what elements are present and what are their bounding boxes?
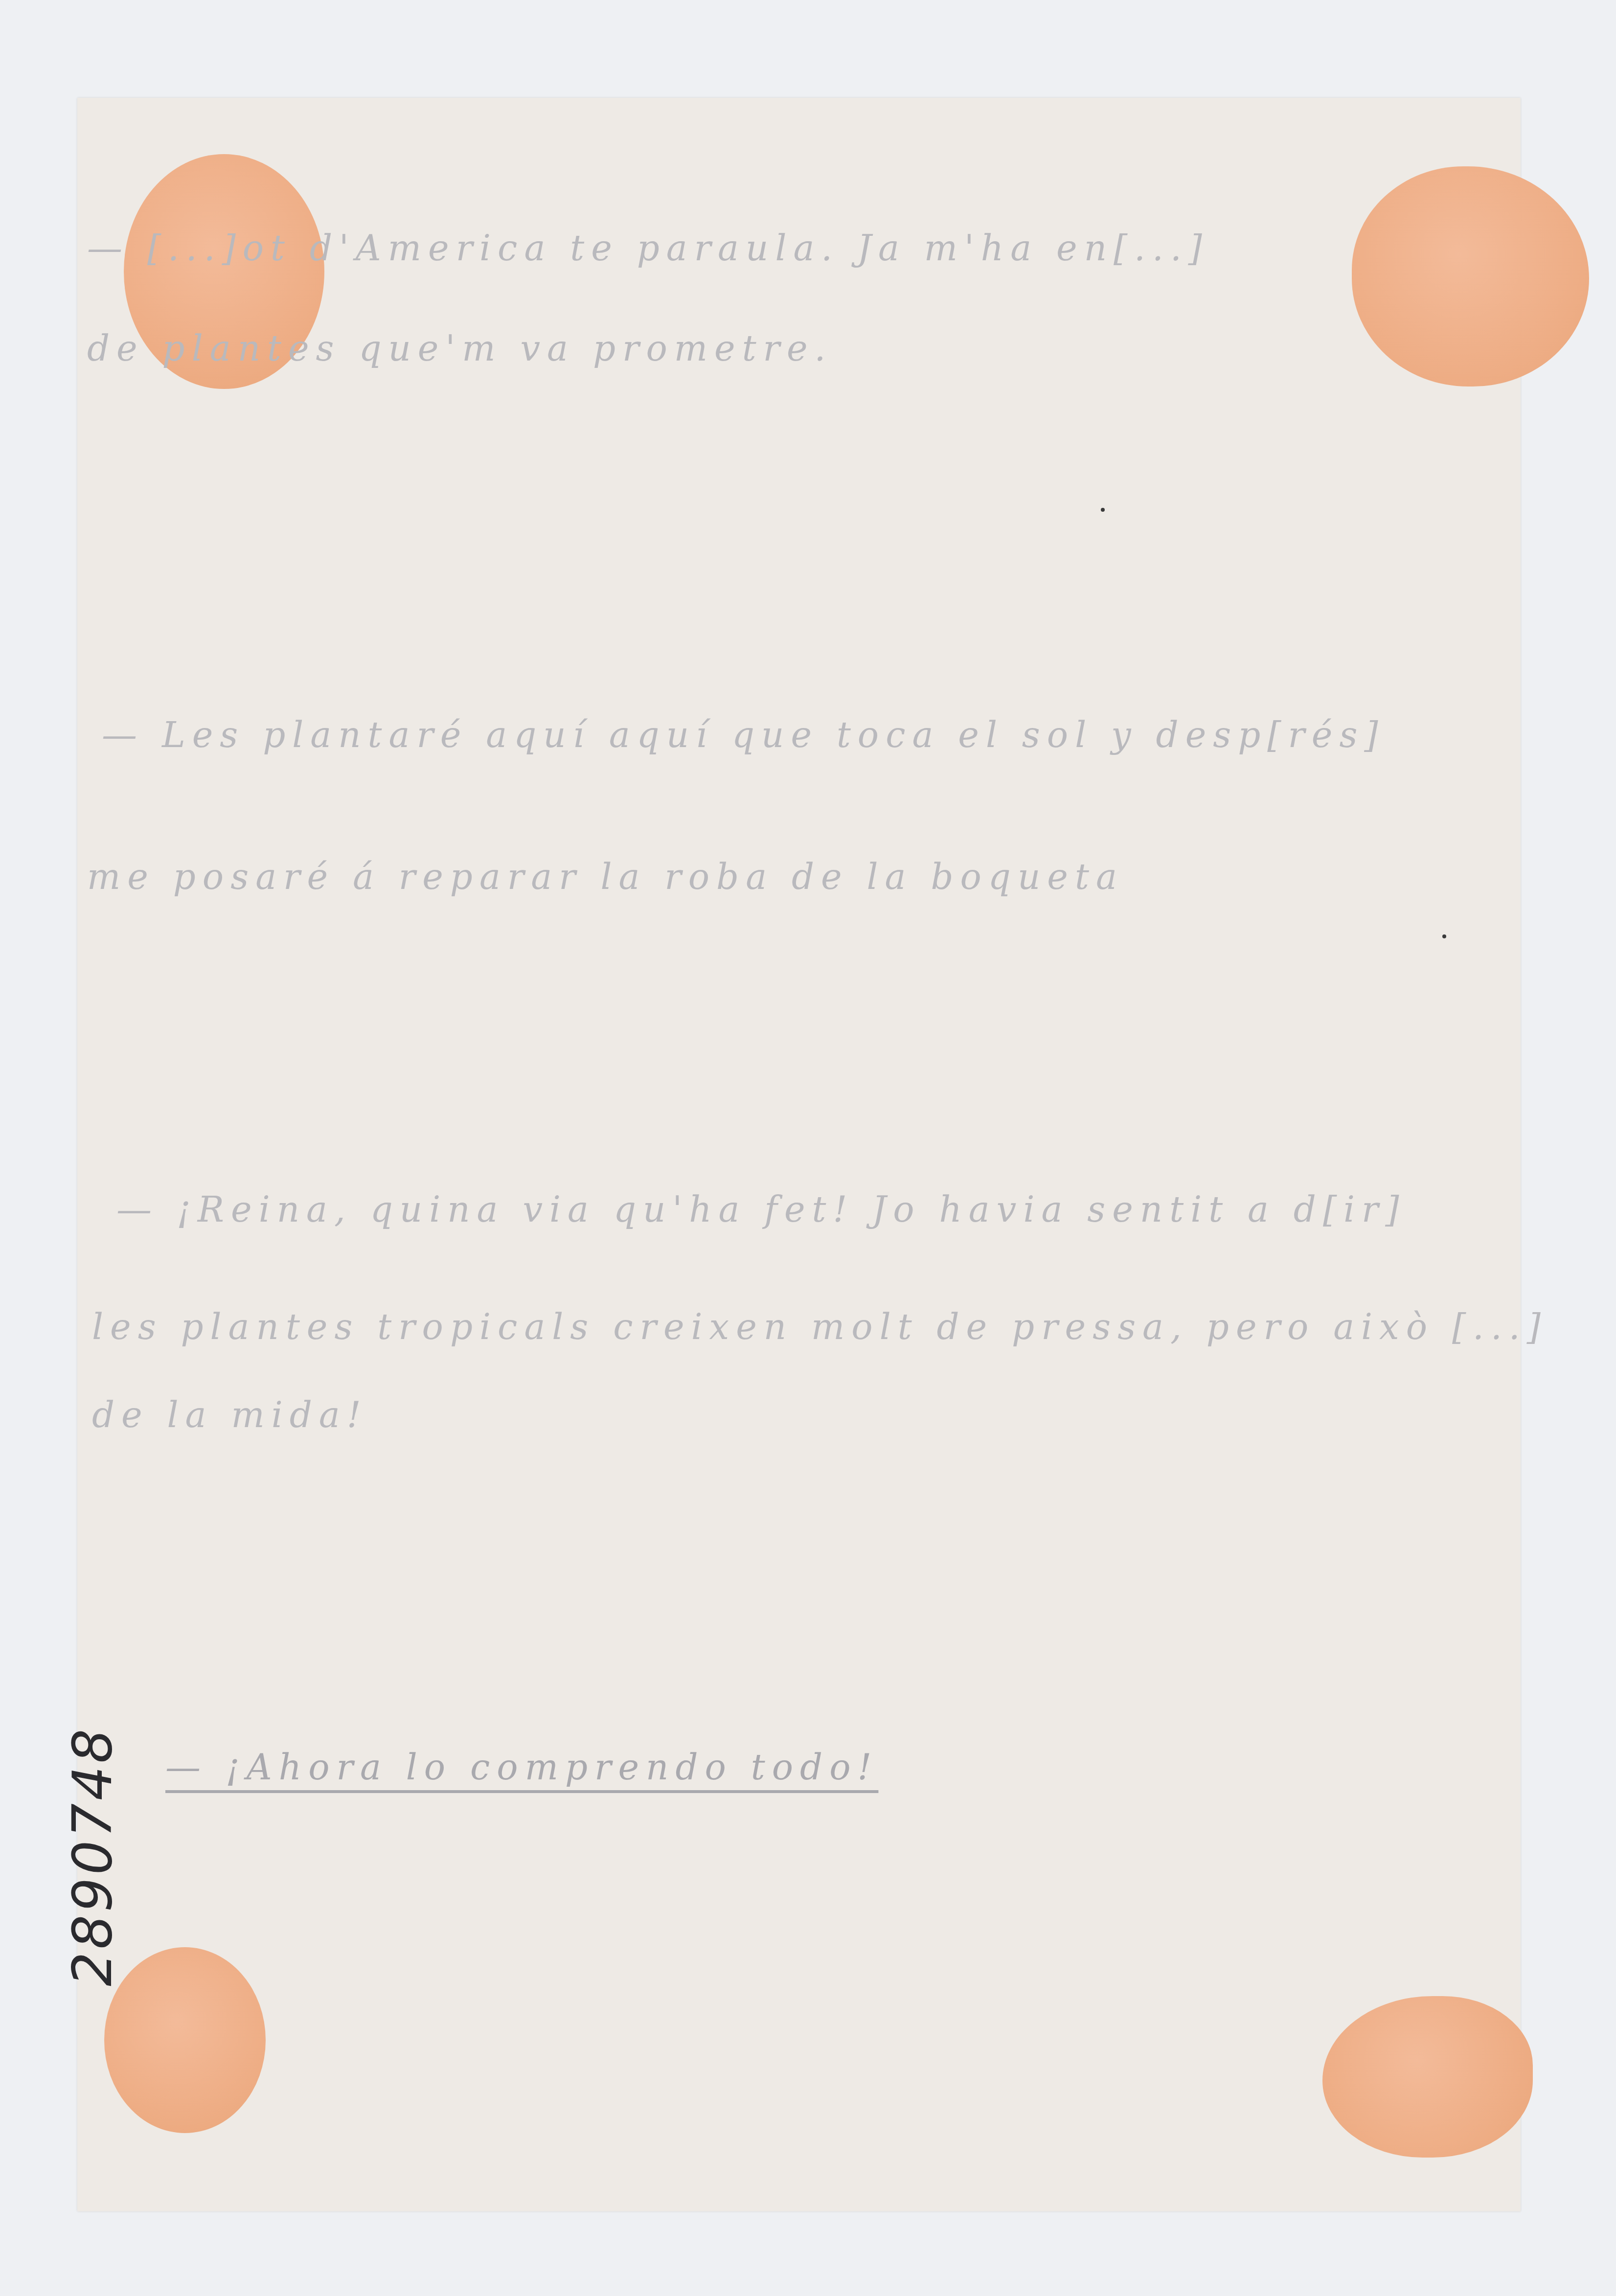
handwritten-line: de plantes que'm va prometre.	[87, 328, 832, 369]
catalog-number: 2890748	[61, 1726, 124, 1986]
handwritten-line-underlined: — ¡Ahora lo comprendo todo!	[165, 1747, 878, 1788]
handwritten-line: de la mida!	[92, 1394, 368, 1435]
pencil-speck	[1101, 508, 1105, 512]
adhesive-spot-top-right	[1352, 166, 1589, 386]
handwritten-line: les plantes tropicals creixen molt de pr…	[92, 1306, 1548, 1347]
handwritten-line: — ¡Reina, quina via qu'ha fet! Jo havia …	[116, 1189, 1406, 1230]
manuscript-sheet: — [...]ot d'America te paraula. Ja m'ha …	[77, 98, 1521, 2211]
pencil-speck	[1442, 934, 1446, 938]
adhesive-spot-bottom-left	[104, 1947, 266, 2133]
handwritten-line: me posaré á reparar la roba de la boquet…	[87, 856, 1124, 897]
adhesive-spot-bottom-right	[1322, 1996, 1533, 2158]
handwritten-line: — Les plantaré aquí aquí que toca el sol…	[102, 714, 1385, 755]
handwritten-line: — [...]ot d'America te paraula. Ja m'ha …	[87, 227, 1209, 269]
